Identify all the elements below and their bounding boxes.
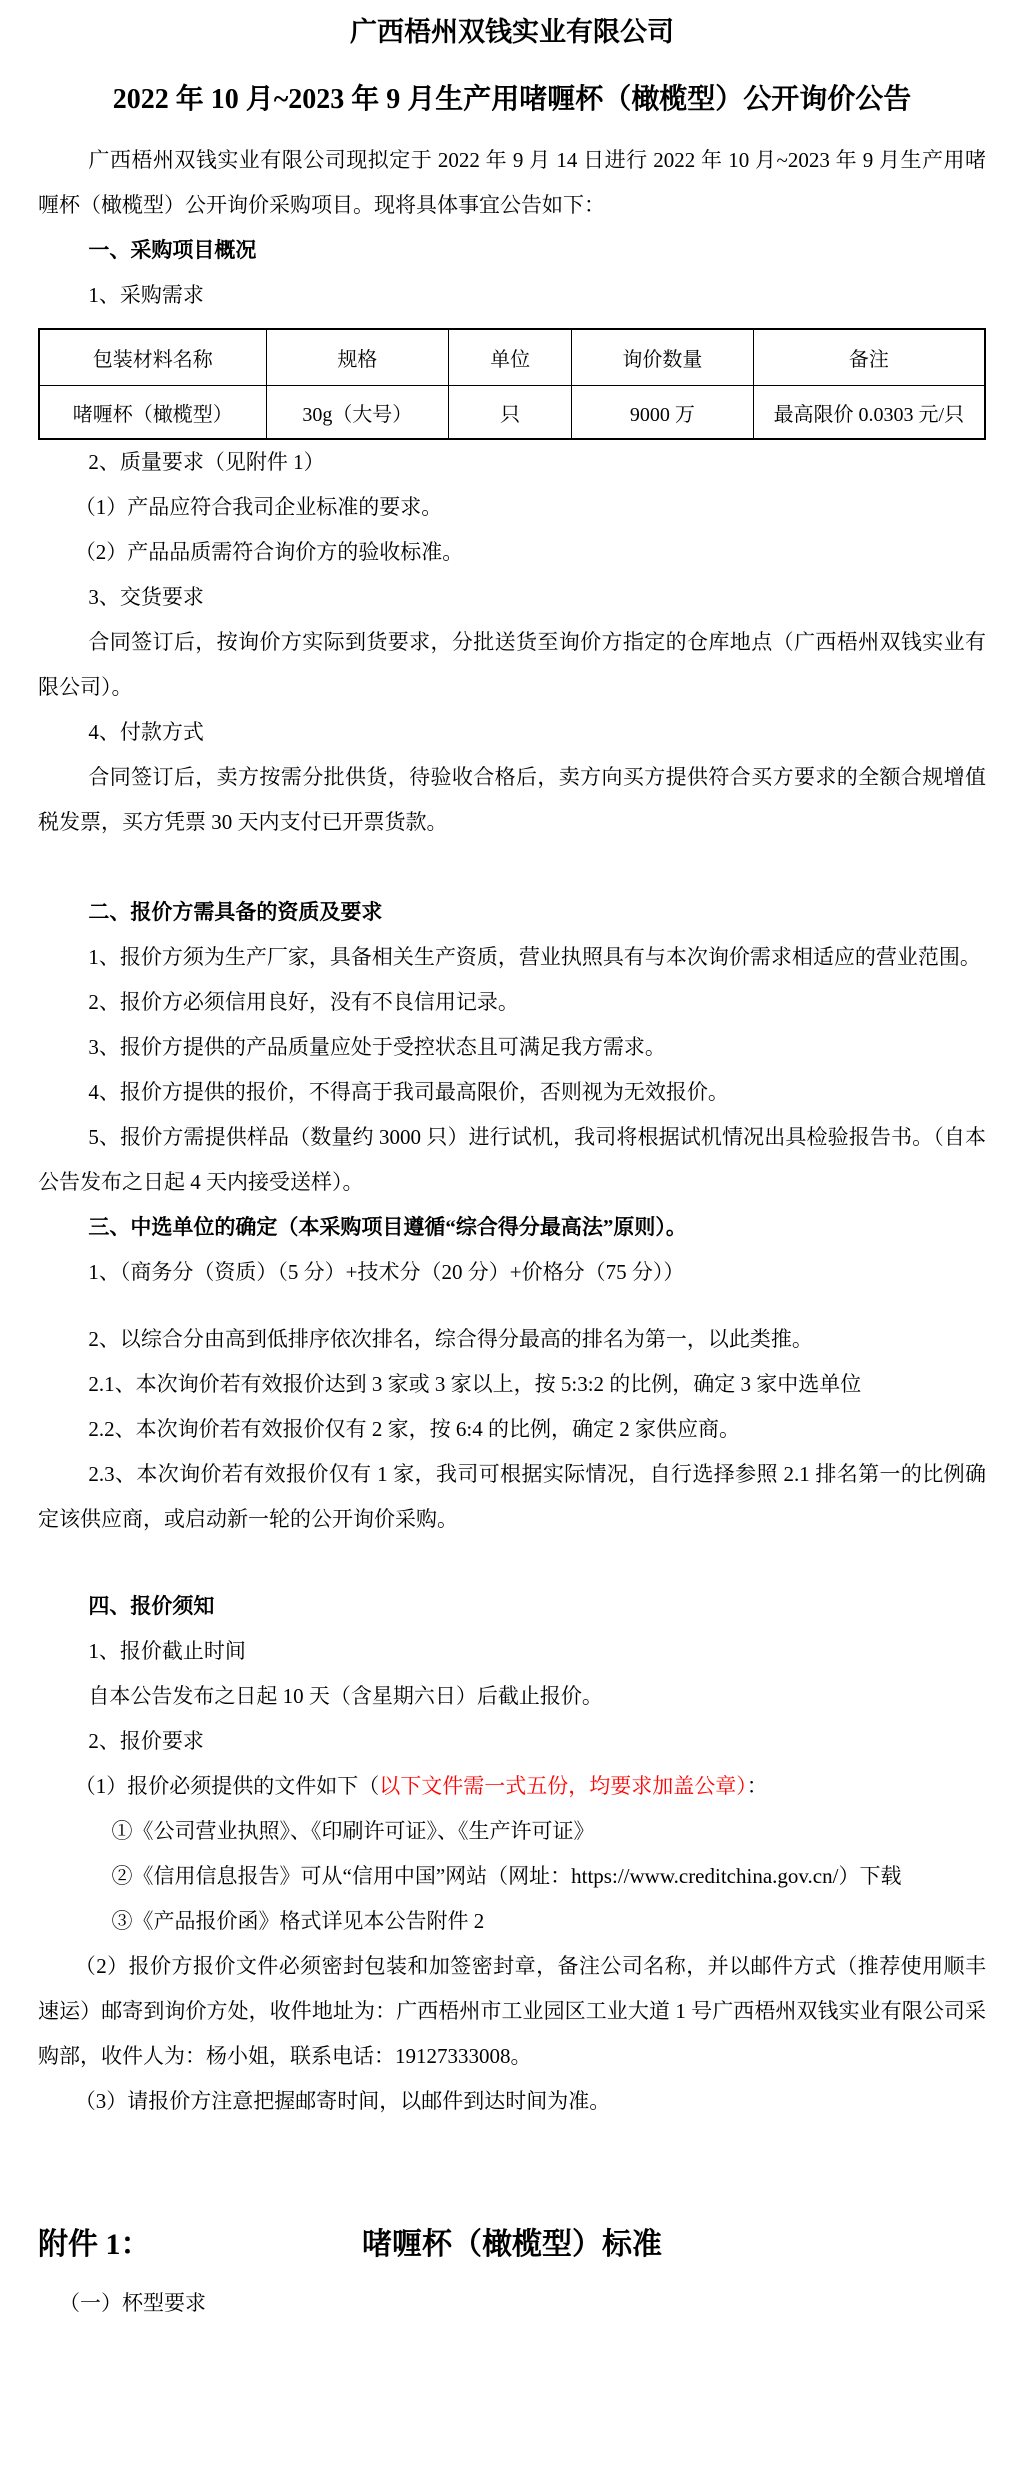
col-header-spec: 规格 (266, 329, 449, 386)
section4-heading: 四、报价须知 (38, 1584, 986, 1629)
intro-paragraph: 广西梧州双钱实业有限公司现拟定于 2022 年 9 月 14 日进行 2022 … (38, 138, 986, 228)
col-header-material: 包装材料名称 (39, 329, 266, 386)
section3-item2-1: 2.1、本次询价若有效报价达到 3 家或 3 家以上，按 5:3:2 的比例，确… (38, 1362, 986, 1407)
spacer (38, 1295, 986, 1317)
section4-doc3: ③《产品报价函》格式详见本公告附件 2 (38, 1899, 986, 1944)
attachment-title: 啫喱杯（橄榄型）标准 (38, 2219, 986, 2271)
section3-item1: 1、（商务分（资质）（5 分）+技术分（20 分）+价格分（75 分）） (38, 1250, 986, 1295)
announcement-title: 2022 年 10 月~2023 年 9 月生产用啫喱杯（橄榄型）公开询价公告 (38, 74, 986, 126)
require1-suffix: ： (747, 1774, 768, 1798)
cell-spec: 30g（大号） (266, 386, 449, 440)
section1-demand-label: 1、采购需求 (38, 273, 986, 318)
spacer (38, 845, 986, 890)
cell-quantity: 9000 万 (572, 386, 754, 440)
section3-item2-3: 2.3、本次询价若有效报价仅有 1 家，我司可根据实际情况，自行选择参照 2.1… (38, 1452, 986, 1542)
procurement-table: 包装材料名称 规格 单位 询价数量 备注 啫喱杯（橄榄型） 30g（大号） 只 … (38, 328, 986, 440)
company-title: 广西梧州双钱实业有限公司 (38, 8, 986, 56)
attachment-sub-heading: （一）杯型要求 (38, 2281, 986, 2326)
col-header-quantity: 询价数量 (572, 329, 754, 386)
section1-quality-item2: （2）产品品质需符合询价方的验收标准。 (38, 530, 986, 575)
section1-delivery-text: 合同签订后，按询价方实际到货要求，分批送货至询价方指定的仓库地点（广西梧州双钱实… (38, 620, 986, 710)
table-header-row: 包装材料名称 规格 单位 询价数量 备注 (39, 329, 985, 386)
section1-payment-label: 4、付款方式 (38, 710, 986, 755)
cell-material: 啫喱杯（橄榄型） (39, 386, 266, 440)
attachment-heading: 附件 1： 啫喱杯（橄榄型）标准 (38, 2219, 986, 2271)
section4-doc1: ①《公司营业执照》、《印刷许可证》、《生产许可证》 (38, 1809, 986, 1854)
section3-item2-2: 2.2、本次询价若有效报价仅有 2 家，按 6:4 的比例，确定 2 家供应商。 (38, 1407, 986, 1452)
table-row: 啫喱杯（橄榄型） 30g（大号） 只 9000 万 最高限价 0.0303 元/… (39, 386, 985, 440)
attachment-label: 附件 1： (38, 2219, 151, 2271)
section4-require2: （2）报价方报价文件必须密封包装和加签密封章，备注公司名称，并以邮件方式（推荐使… (38, 1944, 986, 2079)
col-header-unit: 单位 (449, 329, 572, 386)
cell-unit: 只 (449, 386, 572, 440)
section4-require1: （1）报价必须提供的文件如下（以下文件需一式五份，均要求加盖公章）： (38, 1764, 986, 1809)
section4-require-label: 2、报价要求 (38, 1719, 986, 1764)
spacer (38, 1542, 986, 1584)
section3-heading: 三、中选单位的确定（本采购项目遵循“综合得分最高法”原则）。 (38, 1205, 986, 1250)
section3-item2: 2、以综合分由高到低排序依次排名，综合得分最高的排名为第一，以此类推。 (38, 1317, 986, 1362)
section1-quality-label: 2、质量要求（见附件 1） (38, 440, 986, 485)
section2-item2: 2、报价方必须信用良好，没有不良信用记录。 (38, 980, 986, 1025)
section1-quality-item1: （1）产品应符合我司企业标准的要求。 (38, 485, 986, 530)
section2-item4: 4、报价方提供的报价，不得高于我司最高限价，否则视为无效报价。 (38, 1070, 986, 1115)
cell-remark: 最高限价 0.0303 元/只 (753, 386, 985, 440)
require1-red-emphasis: 以下文件需一式五份，均要求加盖公章） (379, 1774, 747, 1798)
section4-deadline-label: 1、报价截止时间 (38, 1629, 986, 1674)
section4-deadline-text: 自本公告发布之日起 10 天（含星期六日）后截止报价。 (38, 1674, 986, 1719)
section2-item5: 5、报价方需提供样品（数量约 3000 只）进行试机，我司将根据试机情况出具检验… (38, 1115, 986, 1205)
section1-payment-text: 合同签订后，卖方按需分批供货，待验收合格后，卖方向买方提供符合买方要求的全额合规… (38, 755, 986, 845)
col-header-remark: 备注 (753, 329, 985, 386)
section2-item1: 1、报价方须为生产厂家，具备相关生产资质，营业执照具有与本次询价需求相适应的营业… (38, 935, 986, 980)
announcement-document: 广西梧州双钱实业有限公司 2022 年 10 月~2023 年 9 月生产用啫喱… (0, 0, 1024, 2326)
section2-heading: 二、报价方需具备的资质及要求 (38, 890, 986, 935)
section4-require3: （3）请报价方注意把握邮寄时间，以邮件到达时间为准。 (38, 2079, 986, 2124)
section4-doc2: ②《信用信息报告》可从“信用中国”网站（网址：https://www.credi… (38, 1854, 986, 1899)
section1-delivery-label: 3、交货要求 (38, 575, 986, 620)
require1-prefix: （1）报价必须提供的文件如下（ (75, 1774, 380, 1798)
section1-heading: 一、采购项目概况 (38, 228, 986, 273)
section2-item3: 3、报价方提供的产品质量应处于受控状态且可满足我方需求。 (38, 1025, 986, 1070)
